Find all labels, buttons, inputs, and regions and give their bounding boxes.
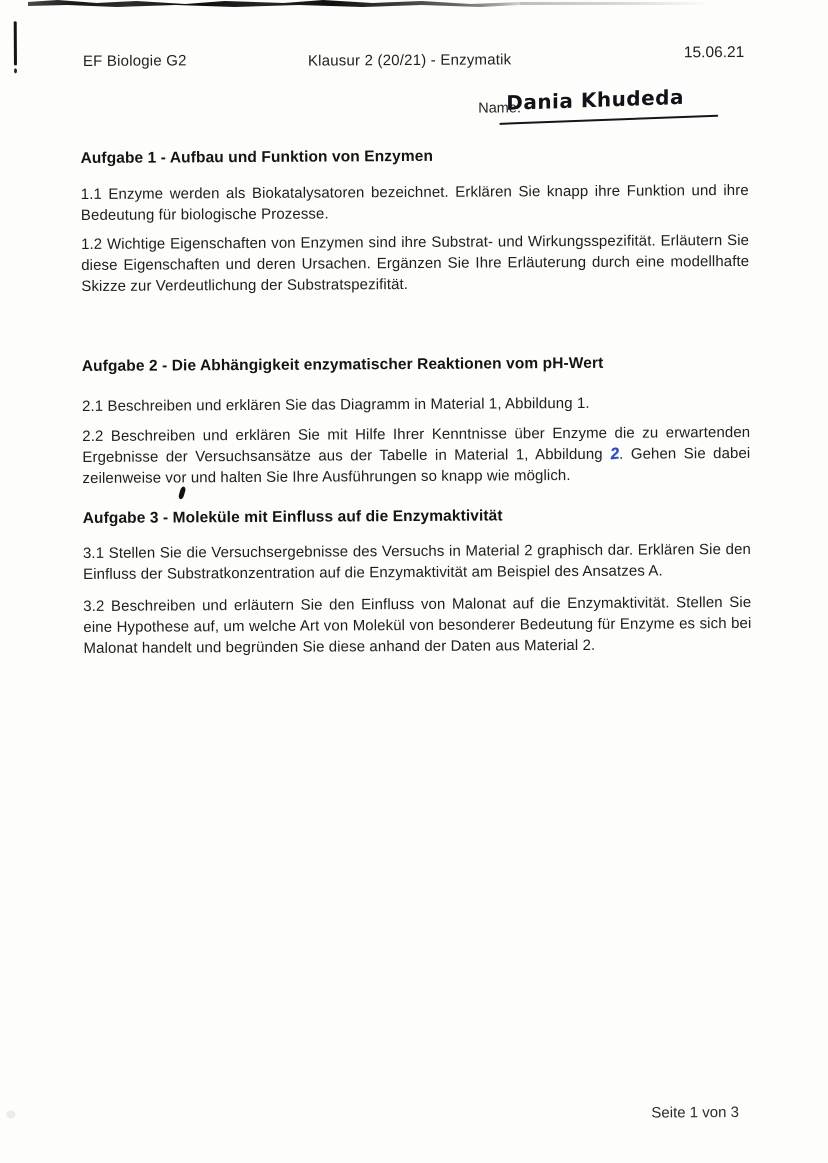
task-2-heading: Aufgabe 2 - Die Abhängigkeit enzymatisch… — [82, 354, 750, 376]
page-indicator: Seite 1 von 3 — [651, 1104, 739, 1122]
margin-ink-dot — [14, 68, 17, 73]
task-1-1-paragraph: 1.1 Enzyme werden als Biokatalysatoren b… — [81, 180, 749, 226]
margin-ink-mark — [14, 21, 17, 65]
task-3-1-paragraph: 3.1 Stellen Sie die Versuchsergebnisse d… — [83, 539, 751, 585]
task-1-2-paragraph: 1.2 Wichtige Eigenschaften von Enzymen s… — [81, 230, 749, 297]
scanned-document-page: EF Biologie G2 Klausur 2 (20/21) - Enzym… — [0, 0, 828, 1163]
course-label: EF Biologie G2 — [83, 52, 187, 70]
task-3-2-paragraph: 3.2 Beschreiben und erläutern Sie den Ei… — [83, 592, 751, 659]
name-underline — [499, 115, 718, 126]
task-2-1-paragraph: 2.1 Beschreiben und erklären Sie das Dia… — [82, 392, 750, 417]
handwritten-correction-number: 2 — [609, 443, 620, 465]
task-2-2-paragraph: 2.2 Beschreiben und erklären Sie mit Hil… — [82, 422, 750, 489]
exam-date: 15.06.21 — [684, 44, 744, 62]
scan-smudge — [6, 1110, 15, 1118]
document-content: EF Biologie G2 Klausur 2 (20/21) - Enzym… — [0, 0, 828, 1163]
exam-title: Klausur 2 (20/21) - Enzymatik — [308, 51, 511, 69]
task-1-heading: Aufgabe 1 - Aufbau und Funktion von Enzy… — [80, 146, 748, 168]
handwritten-name: Dania Khudeda — [506, 85, 684, 115]
task-3-heading: Aufgabe 3 - Moleküle mit Einfluss auf di… — [83, 506, 751, 528]
